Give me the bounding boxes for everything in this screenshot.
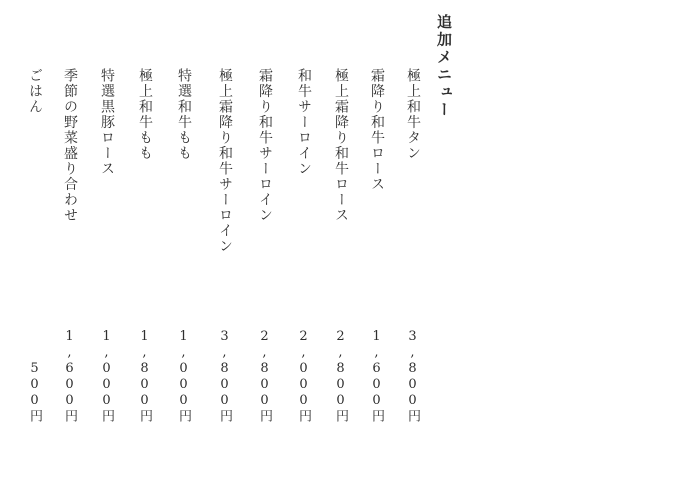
menu-item-name: 霜降り和牛ロース xyxy=(370,68,384,192)
menu-item-name: 極上霜降り和牛サーロイン xyxy=(218,68,232,254)
menu-item-name: 極上和牛タン xyxy=(406,68,420,161)
menu-item-price: 3,800円 xyxy=(406,329,419,423)
menu-item-price: 1,000円 xyxy=(177,329,190,423)
menu-item-name: 極上和牛もも xyxy=(138,68,152,161)
menu-item-price: 2,800円 xyxy=(334,329,347,423)
menu-item-name: 特選和牛もも xyxy=(177,68,191,161)
menu-page: 追加メニュー 極上和牛タン 3,800円 霜降り和牛ロース 1,600円 極上霜… xyxy=(0,0,700,484)
menu-item-price: 3,800円 xyxy=(218,329,231,423)
page-title: 追加メニュー xyxy=(436,14,451,119)
menu-item-name: 和牛サーロイン xyxy=(297,68,311,177)
menu-item-price: 2,800円 xyxy=(258,329,271,423)
menu-item-name: ごはん xyxy=(28,68,42,115)
menu-item-name: 極上霜降り和牛ロース xyxy=(334,68,348,223)
menu-item-name: 霜降り和牛サーロイン xyxy=(258,68,272,223)
menu-item-price: 1,600円 xyxy=(370,329,383,423)
menu-item-price: 1,800円 xyxy=(138,329,151,423)
menu-item-price: 500円 xyxy=(28,361,41,423)
menu-item-price: 1,600円 xyxy=(63,329,76,423)
menu-item-price: 1,000円 xyxy=(100,329,113,423)
menu-item-name: 季節の野菜盛り合わせ xyxy=(63,68,77,223)
menu-item-price: 2,000円 xyxy=(297,329,310,423)
menu-item-name: 特選黒豚ロース xyxy=(100,68,114,177)
